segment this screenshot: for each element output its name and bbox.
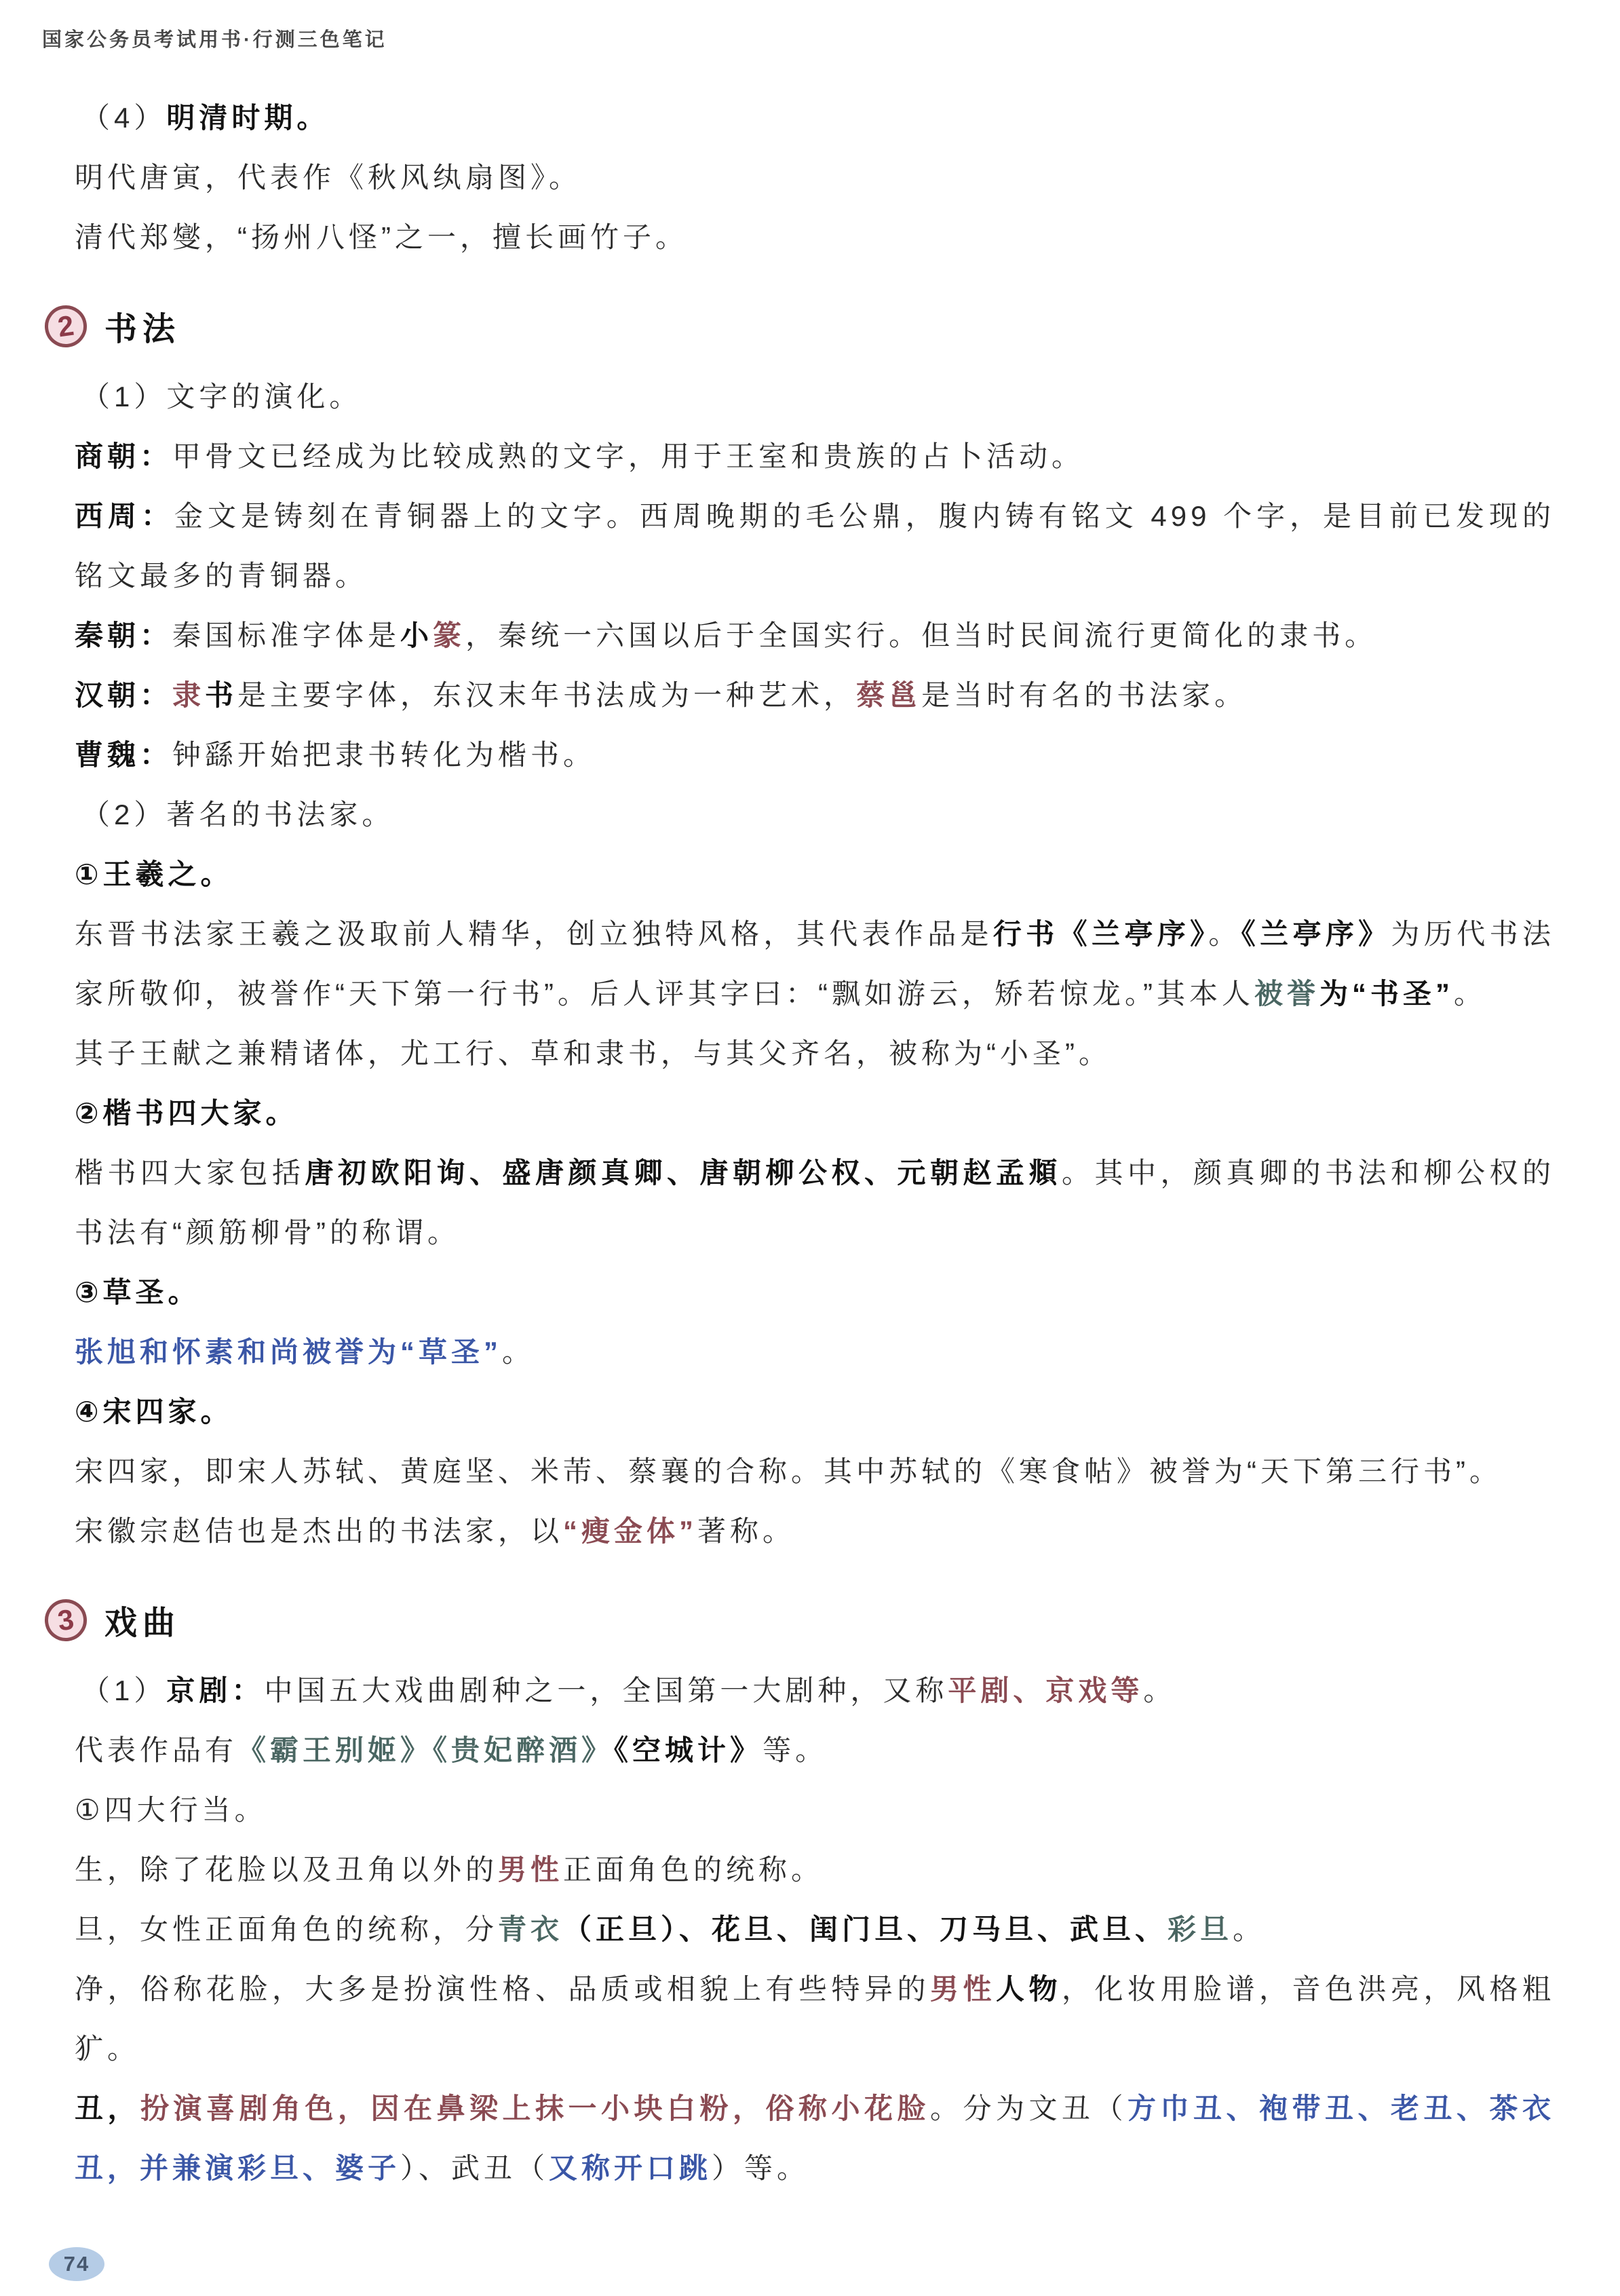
text-segment: 。 xyxy=(502,1336,535,1368)
page-footer: 74 xyxy=(49,2247,104,2281)
page-content: （4）明清时期。明代唐寅，代表作《秋风纨扇图》。清代郑燮，“扬州八怪”之一，擅长… xyxy=(75,88,1555,2198)
text-segment: 《空城计》 xyxy=(614,1734,763,1766)
paragraph: （2）著名的书法家。 xyxy=(75,785,1555,845)
paragraph: 西周：金文是铸刻在青铜器上的文字。西周晚期的毛公鼎，腹内铸有铭文 499 个字，… xyxy=(75,486,1555,606)
text-segment: ）等。 xyxy=(712,2152,809,2184)
text-segment: 秦国标准字体是 xyxy=(172,619,400,651)
text-segment: 曹魏： xyxy=(75,739,172,771)
text-segment: ②楷书四大家。 xyxy=(75,1097,298,1129)
text-segment: ①王羲之。 xyxy=(75,858,233,890)
paragraph: ①四大行当。 xyxy=(75,1780,1555,1840)
text-segment: 西周： xyxy=(75,500,174,532)
paragraph: （1）文字的演化。 xyxy=(75,367,1555,427)
paragraph: 生，除了花脸以及丑角以外的男性正面角色的统称。 xyxy=(75,1840,1555,1900)
text-segment: 楷书四大家包括 xyxy=(75,1157,305,1189)
text-segment: （1）文字的演化。 xyxy=(81,381,362,413)
text-segment: 《兰亭序》 xyxy=(1241,918,1391,950)
text-segment: 等。 xyxy=(763,1734,828,1766)
running-header: 国家公务员考试用书·行测三色笔记 xyxy=(42,24,387,52)
text-segment: 宋徽宗赵佶也是杰出的书法家，以 xyxy=(75,1515,563,1547)
paragraph: 东晋书法家王羲之汲取前人精华，创立独特风格，其代表作品是行书《兰亭序》。《兰亭序… xyxy=(75,904,1555,1024)
text-segment: 京剧： xyxy=(166,1675,264,1706)
paragraph: 旦，女性正面角色的统称，分青衣（正旦）、花旦、闺门旦、刀马旦、武旦、彩旦。 xyxy=(75,1900,1555,1959)
text-segment: “书圣” xyxy=(1352,978,1454,1010)
text-segment: （正旦）、花旦、闺门旦、刀马旦、武旦、 xyxy=(563,1913,1168,1945)
text-segment: “瘦金体” xyxy=(563,1515,697,1547)
text-segment: 彩旦 xyxy=(1168,1913,1233,1945)
text-segment: 生，除了花脸以及丑角以外的 xyxy=(75,1854,498,1886)
text-segment: 钟繇开始把隶书转化为楷书。 xyxy=(172,739,596,771)
paragraph: ③草圣。 xyxy=(75,1263,1555,1322)
paragraph: 明代唐寅，代表作《秋风纨扇图》。 xyxy=(75,148,1555,208)
text-segment: 唐初欧阳询、盛唐颜真卿、唐朝柳公权、元朝赵孟頫 xyxy=(305,1157,1062,1189)
text-segment: 宋四家，即宋人苏轼、黄庭坚、米芾、蔡襄的合称。其中苏轼的《寒食帖》被誉为“天下第… xyxy=(75,1455,1502,1487)
paragraph: 楷书四大家包括唐初欧阳询、盛唐颜真卿、唐朝柳公权、元朝赵孟頫。其中，颜真卿的书法… xyxy=(75,1143,1555,1263)
text-segment: 小 xyxy=(400,619,433,651)
text-segment: ，秦统一六国以后于全国实行。但当时民间流行更简化的隶书。 xyxy=(465,619,1377,651)
text-segment: 代表作品有 xyxy=(75,1734,237,1766)
text-segment: 男性 xyxy=(498,1854,563,1886)
text-segment: 明清时期。 xyxy=(166,102,329,134)
text-segment: 平剧、京戏等 xyxy=(948,1675,1143,1706)
paragraph: 汉朝：隶书是主要字体，东汉末年书法成为一种艺术，蔡邕是当时有名的书法家。 xyxy=(75,666,1555,725)
text-segment: 《贵妃醉酒》 xyxy=(433,1734,614,1766)
text-segment: 金文是铸刻在青铜器上的文字。西周晚期的毛公鼎，腹内铸有铭文 499 个字，是目前… xyxy=(75,500,1555,592)
paragraph: 秦朝：秦国标准字体是小篆，秦统一六国以后于全国实行。但当时民间流行更简化的隶书。 xyxy=(75,606,1555,666)
text-segment: ）、武丑（ xyxy=(400,2152,549,2184)
section-heading: 2书法 xyxy=(45,303,1555,349)
text-segment: 丑， xyxy=(75,2092,140,2124)
section-number-badge: 2 xyxy=(42,302,90,349)
text-segment: 男性 xyxy=(930,1973,996,2005)
text-segment: 又称开口跳 xyxy=(549,2152,712,2184)
text-segment: 甲骨文已经成为比较成熟的文字，用于王室和贵族的占卜活动。 xyxy=(172,440,1084,472)
text-segment: 汉朝： xyxy=(75,679,172,711)
paragraph: （4）明清时期。 xyxy=(75,88,1555,148)
page-number-badge: 74 xyxy=(49,2247,104,2281)
text-segment: 秦朝： xyxy=(75,619,172,651)
text-segment: 被誉 xyxy=(1254,978,1319,1010)
paragraph: ②楷书四大家。 xyxy=(75,1084,1555,1143)
text-segment: 人物 xyxy=(996,1973,1062,2005)
text-segment: 隶 xyxy=(172,679,205,711)
paragraph: 曹魏：钟繇开始把隶书转化为楷书。 xyxy=(75,725,1555,785)
text-segment: 篆 xyxy=(433,619,465,651)
paragraph: 宋四家，即宋人苏轼、黄庭坚、米芾、蔡襄的合称。其中苏轼的《寒食帖》被誉为“天下第… xyxy=(75,1442,1555,1501)
text-segment: 行书《兰亭序》 xyxy=(993,918,1208,950)
text-segment: 是主要字体，东汉末年书法成为一种艺术， xyxy=(237,679,856,711)
text-segment: 清代郑燮，“扬州八怪”之一，擅长画竹子。 xyxy=(75,221,688,253)
paragraph: 清代郑燮，“扬州八怪”之一，擅长画竹子。 xyxy=(75,208,1555,267)
text-segment: （1） xyxy=(81,1675,166,1706)
paragraph: 丑，扮演喜剧角色，因在鼻梁上抹一小块白粉，俗称小花脸。分为文丑（方巾丑、袍带丑、… xyxy=(75,2079,1555,2198)
text-segment: ④宋四家。 xyxy=(75,1396,233,1428)
paragraph: 其子王献之兼精诸体，尤工行、草和隶书，与其父齐名，被称为“小圣”。 xyxy=(75,1024,1555,1084)
text-segment: 旦，女性正面角色的统称，分 xyxy=(75,1913,498,1945)
paragraph: ④宋四家。 xyxy=(75,1382,1555,1442)
text-segment: 其子王献之兼精诸体，尤工行、草和隶书，与其父齐名，被称为“小圣”。 xyxy=(75,1037,1111,1069)
text-segment: 商朝： xyxy=(75,440,172,472)
text-segment: 书 xyxy=(205,679,237,711)
text-segment: 明代唐寅，代表作《秋风纨扇图》。 xyxy=(75,161,581,193)
section-title: 书法 xyxy=(104,303,180,349)
text-segment: 。 xyxy=(1208,918,1241,950)
text-segment: 著称。 xyxy=(697,1515,795,1547)
text-segment: ③草圣。 xyxy=(75,1276,201,1308)
section-number-badge: 3 xyxy=(42,1596,90,1643)
paragraph: 宋徽宗赵佶也是杰出的书法家，以“瘦金体”著称。 xyxy=(75,1501,1555,1561)
document-page: 国家公务员考试用书·行测三色笔记 （4）明清时期。明代唐寅，代表作《秋风纨扇图》… xyxy=(0,0,1620,2296)
text-segment: ①四大行当。 xyxy=(75,1794,267,1826)
text-segment: 青衣 xyxy=(498,1913,563,1945)
text-segment: 《霸王别姬》 xyxy=(237,1734,433,1766)
text-segment: 。 xyxy=(1143,1675,1176,1706)
paragraph: 张旭和怀素和尚被誉为“草圣”。 xyxy=(75,1322,1555,1382)
text-segment: 为 xyxy=(1319,978,1352,1010)
text-segment: 正面角色的统称。 xyxy=(563,1854,824,1886)
text-segment: 。分为文丑（ xyxy=(930,2092,1127,2124)
text-segment: 。 xyxy=(1454,978,1486,1010)
text-segment: 是当时有名的书法家。 xyxy=(921,679,1247,711)
paragraph: 商朝：甲骨文已经成为比较成熟的文字，用于王室和贵族的占卜活动。 xyxy=(75,427,1555,486)
text-segment: 东晋书法家王羲之汲取前人精华，创立独特风格，其代表作品是 xyxy=(75,918,993,950)
text-segment: （2）著名的书法家。 xyxy=(81,799,394,830)
text-segment: （4） xyxy=(81,102,166,134)
section-title: 戏曲 xyxy=(104,1596,180,1643)
text-segment: 蔡邕 xyxy=(856,679,921,711)
paragraph: 净，俗称花脸，大多是扮演性格、品质或相貌上有些特异的男性人物，化妆用脸谱，音色洪… xyxy=(75,1959,1555,2079)
paragraph: ①王羲之。 xyxy=(75,845,1555,904)
paragraph: 代表作品有《霸王别姬》《贵妃醉酒》《空城计》等。 xyxy=(75,1721,1555,1780)
text-segment: 净，俗称花脸，大多是扮演性格、品质或相貌上有些特异的 xyxy=(75,1973,930,2005)
text-segment: 张旭和怀素和尚被誉为“草圣” xyxy=(75,1336,502,1368)
text-segment: 。 xyxy=(1233,1913,1265,1945)
paragraph: （1）京剧：中国五大戏曲剧种之一，全国第一大剧种，又称平剧、京戏等。 xyxy=(75,1661,1555,1721)
section-heading: 3戏曲 xyxy=(45,1596,1555,1643)
text-segment: 中国五大戏曲剧种之一，全国第一大剧种，又称 xyxy=(264,1675,948,1706)
text-segment: 扮演喜剧角色，因在鼻梁上抹一小块白粉，俗称小花脸 xyxy=(140,2092,930,2124)
